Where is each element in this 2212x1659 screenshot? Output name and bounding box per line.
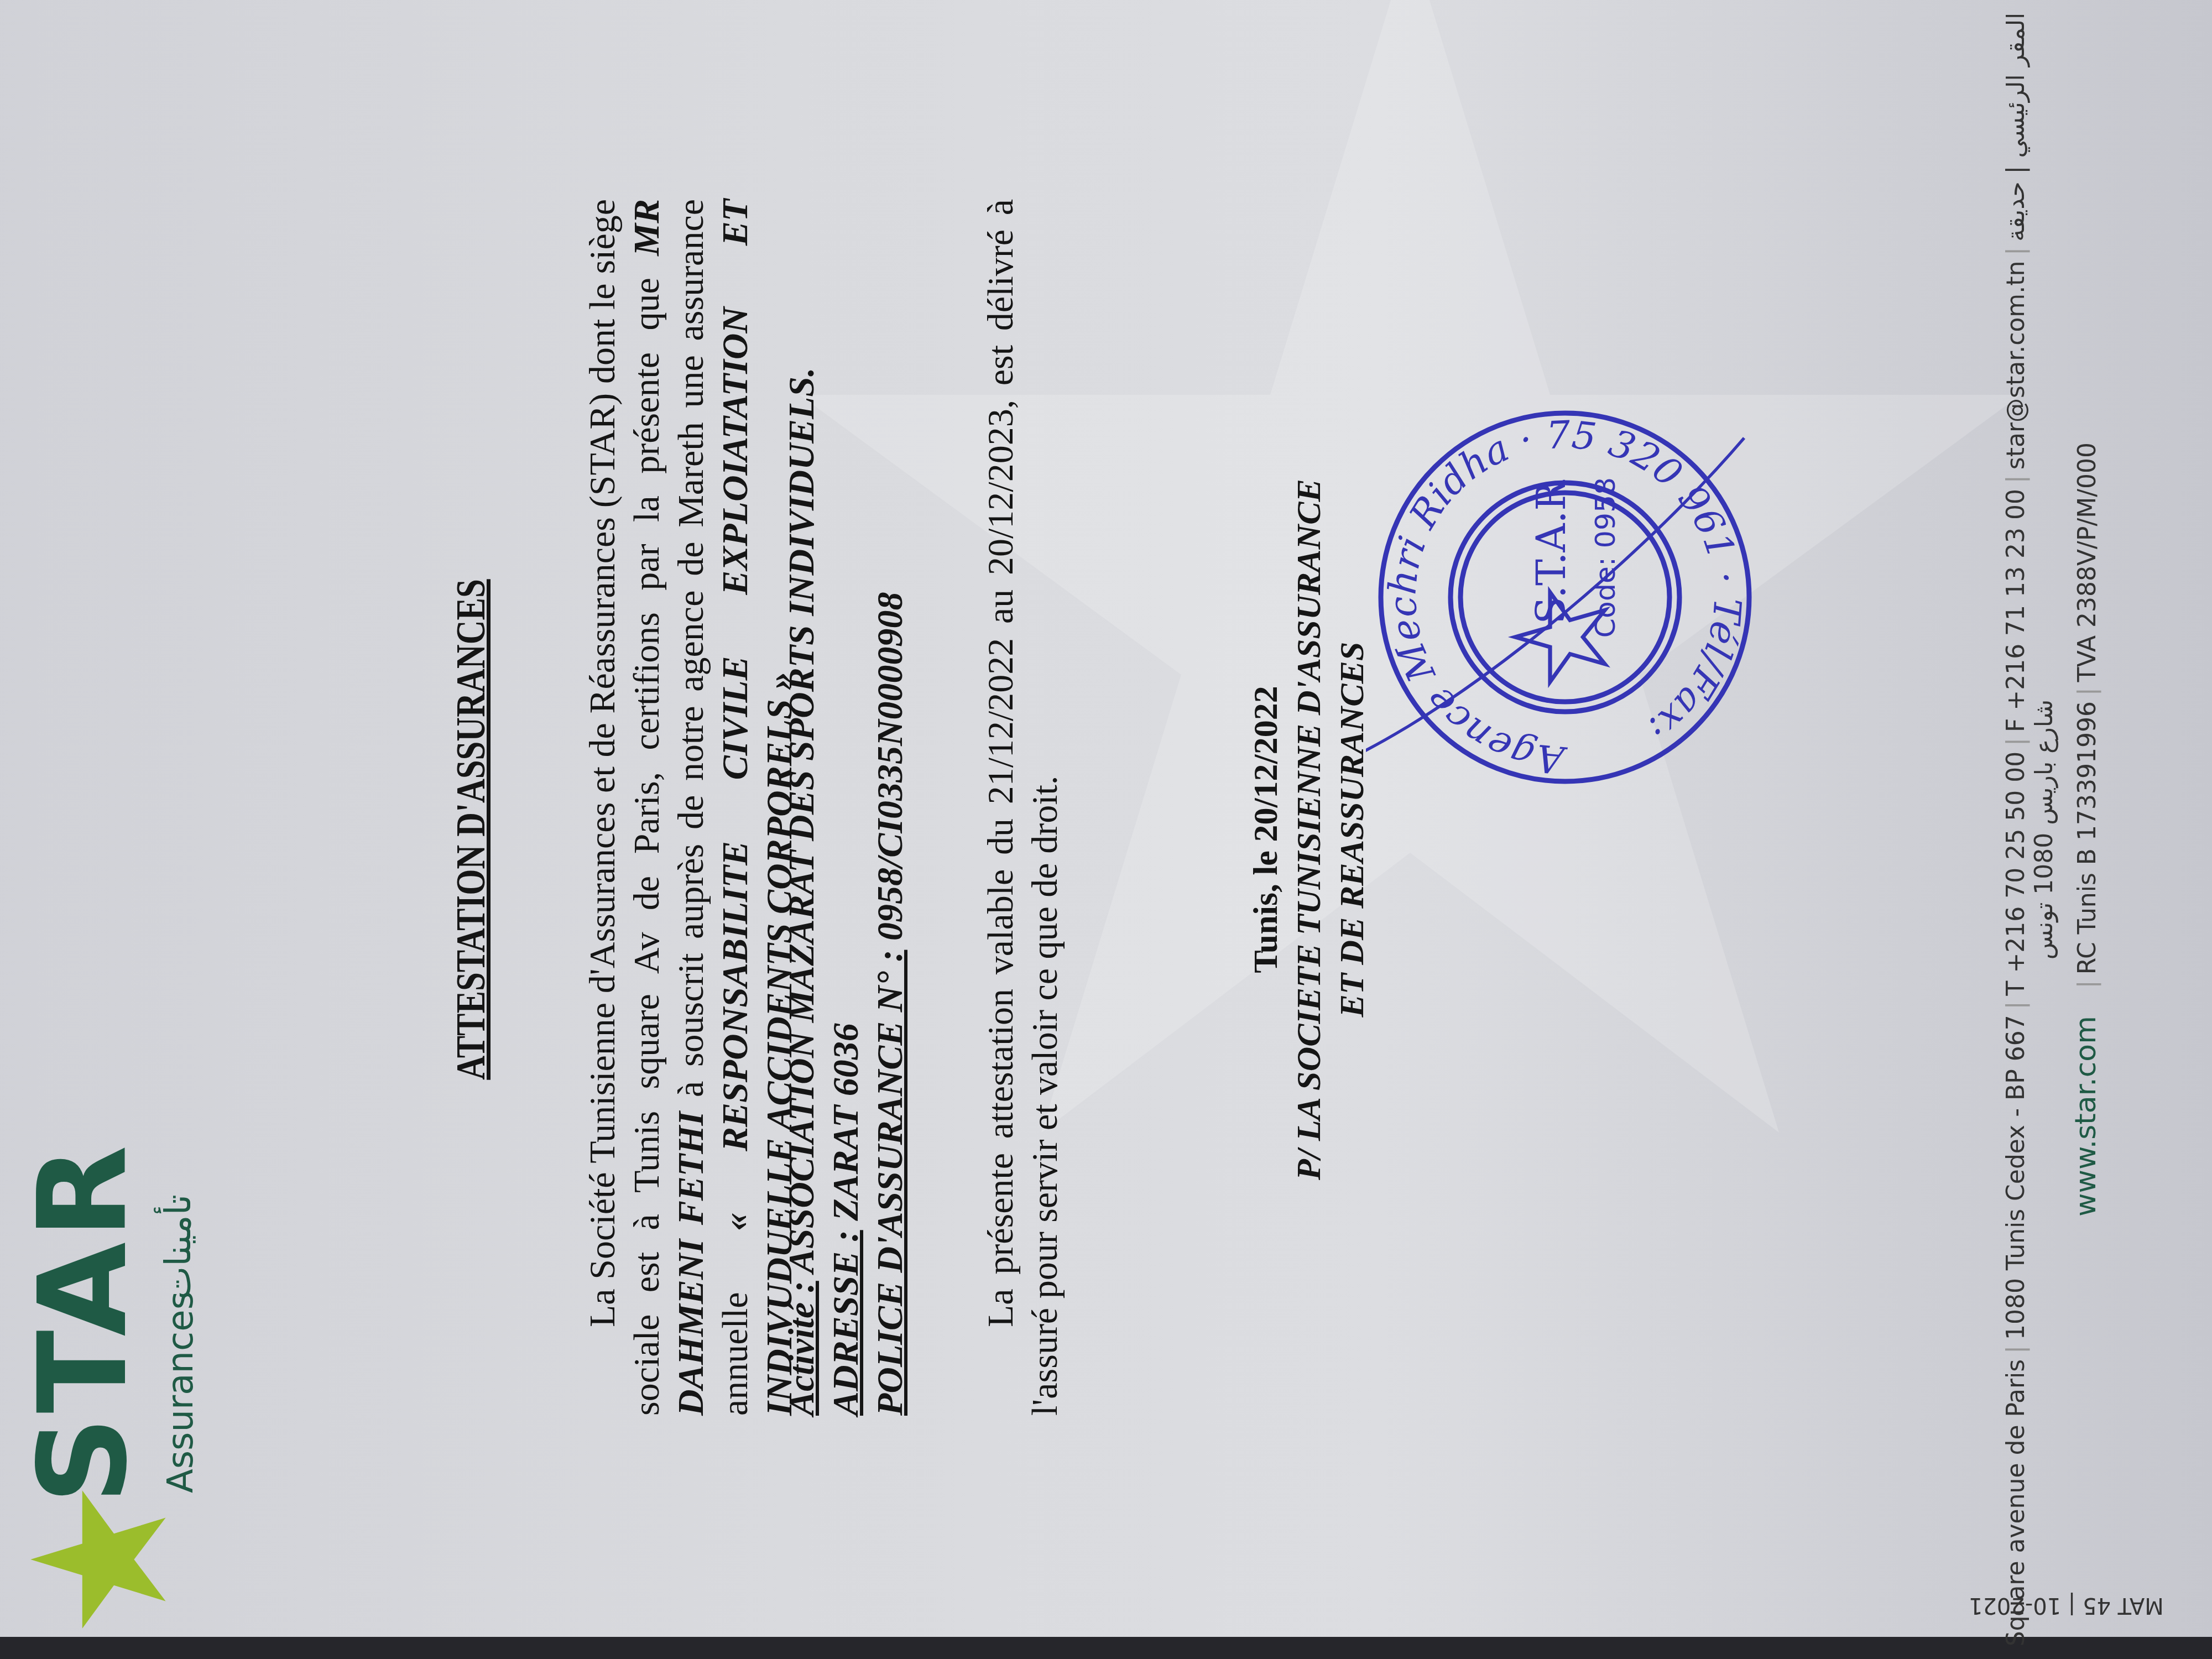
validity-paragraph: La présente attestation valable du 21/12…: [979, 199, 1067, 1416]
stamp-code: Code: 0958: [1589, 477, 1621, 638]
brand-name: STAR: [22, 1142, 144, 1504]
place-date: Tunis, le 20/12/2022: [1244, 11, 1287, 1648]
insurance-attestation-page: STAR Assurances تأمينات ATTESTATION D'AS…: [28, 11, 2184, 1648]
detail-address: ADRESSE : ZARAT 6036: [824, 368, 868, 1416]
footer: Square avenue de Paris|1080 Tunis Cedex …: [2002, 11, 2103, 1648]
stamp-center: S.T.A.R: [1528, 480, 1574, 624]
form-reference: MAT 45 | 10-2021: [1969, 1593, 2164, 1618]
brand-subtitle-arabic: تأمينات: [158, 1194, 199, 1300]
footer-registration-line: www.star.com|RC Tunis B 173391996|TVA 23…: [2069, 11, 2103, 1648]
signature-block: Tunis, le 20/12/2022 P/ LA SOCIETE TUNIS…: [1244, 11, 1374, 1648]
detail-activity: Activité : ASSOCIATION MAZARAT DES SPORT…: [780, 368, 824, 1416]
document-title: ATTESTATION D'ASSURANCES: [448, 158, 495, 1500]
signatory-line-2: ET DE REASSURANCES: [1331, 11, 1374, 1648]
agency-stamp: Agence Mechri Ridha · 75 320 961 · Tél/F…: [1366, 398, 1764, 796]
detail-policy-number: POLICE D'ASSURANCE N° : 0958/CI0335N0000…: [868, 368, 912, 1416]
intro-text: La Société Tunisienne d'Assurances et de…: [582, 199, 667, 1416]
signatory-line-1: P/ LA SOCIETE TUNISIENNE D'ASSURANCE: [1287, 11, 1331, 1648]
star-logo: STAR Assurances تأمينات: [28, 1134, 260, 1631]
footer-contact-line: Square avenue de Paris|1080 Tunis Cedex …: [2002, 11, 2058, 1648]
footer-email: star@star.com.tn: [2002, 261, 2030, 470]
brand-subtitle: Assurances: [160, 1291, 201, 1493]
star-logo-icon: [28, 1488, 171, 1631]
policy-details: Activité : ASSOCIATION MAZARAT DES SPORT…: [780, 368, 912, 1416]
footer-website: www.star.com: [2069, 1016, 2103, 1217]
certification-paragraph: La Société Tunisienne d'Assurances et de…: [581, 199, 802, 1416]
